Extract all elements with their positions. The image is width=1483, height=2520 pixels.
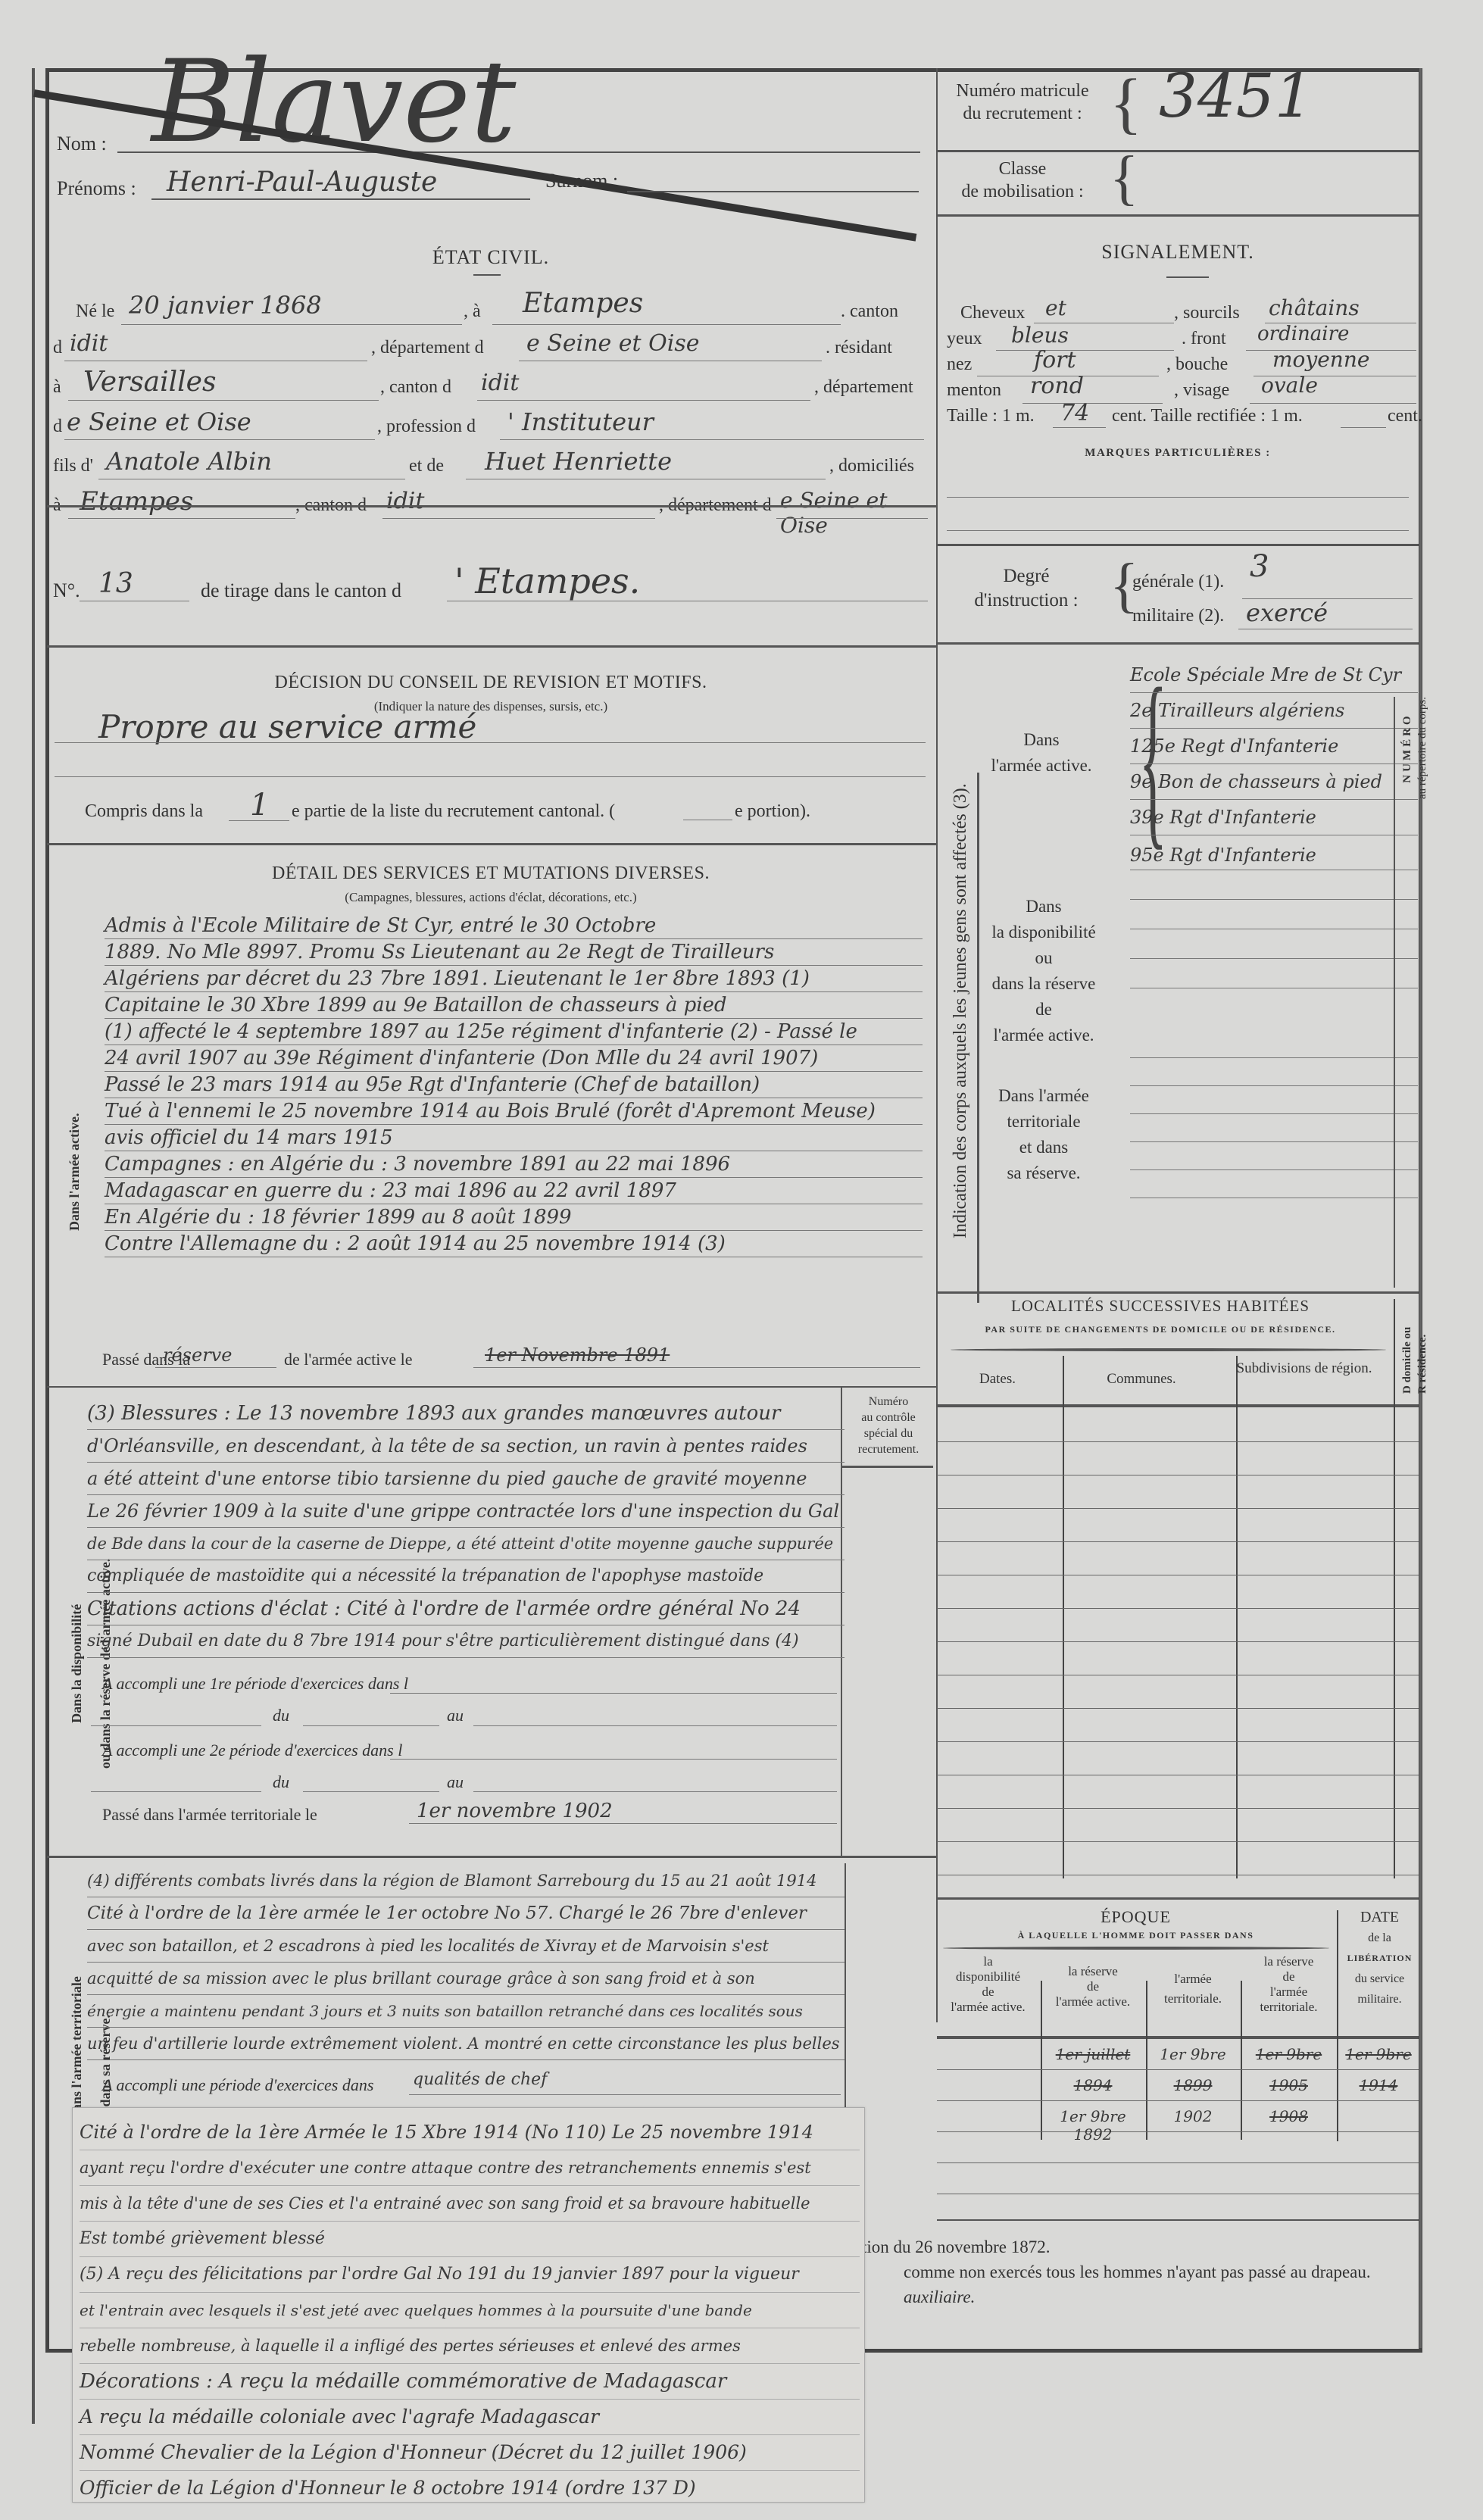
- visage-value: ovale: [1261, 373, 1318, 398]
- front-label: . front: [1182, 329, 1226, 349]
- surnom-underline: [627, 191, 919, 192]
- canton-underline: [64, 361, 367, 361]
- departement2-prefix: d: [53, 417, 62, 437]
- epoque-col1-line1: la: [937, 1954, 1039, 1969]
- note-line: Officier de la Légion d'Honneur le 8 oct…: [80, 2471, 860, 2506]
- corps-disponibilite-label: Dans la disponibilité ou dans la réserve…: [983, 894, 1104, 1048]
- epoque-cell: 1902: [1147, 2107, 1239, 2125]
- etat-civil-bottom-rule: [47, 505, 936, 507]
- canton-value: idit: [70, 330, 108, 357]
- departement-value: e Seine et Oise: [526, 330, 700, 357]
- etat-civil-rule: [473, 274, 501, 276]
- controle-label: Numéro au contrôle spécial du recrutemen…: [842, 1394, 935, 1457]
- controle-line4: recrutement.: [842, 1441, 935, 1457]
- prenoms-underline: [151, 198, 530, 200]
- corps-terr-value-2: [1130, 1058, 1418, 1086]
- departement2-label: , département: [814, 377, 913, 398]
- taille-underline: [1053, 427, 1106, 428]
- localites-row: [937, 1842, 1419, 1875]
- corps-dispo-line1: Dans: [983, 894, 1104, 920]
- classe-brace: {: [1110, 144, 1138, 213]
- et-de-label: et de: [409, 456, 444, 476]
- localites-side-label: D domicile ou R résidence.: [1400, 1327, 1430, 1394]
- epoque-row: 1er juillet 1er 9bre 1er 9bre 1er 9bre: [937, 2039, 1419, 2070]
- services-dispo-line: d'Orléansville, en descendant, à la tête…: [87, 1430, 845, 1463]
- corps-terr-value-4: [1130, 1114, 1418, 1142]
- services-active-line: Campagnes : en Algérie du : 3 novembre 1…: [105, 1151, 923, 1178]
- note-line: Nommé Chevalier de la Légion d'Honneur (…: [80, 2435, 860, 2471]
- compris-value: 1: [250, 788, 269, 823]
- instruction-label: Degré d'instruction :: [951, 564, 1102, 613]
- numero-label-line2: au répertoire du corps.: [1415, 697, 1430, 799]
- controle-line3: spécial du: [842, 1426, 935, 1441]
- epoque-title: ÉPOQUE: [937, 1907, 1335, 1927]
- liberation-line2: de la: [1341, 1928, 1419, 1948]
- classe-rule: [937, 214, 1419, 217]
- passe-reserve-value: réserve: [163, 1344, 232, 1366]
- periode2-du-underline: [303, 1791, 439, 1792]
- services-active-line: avis officiel du 14 mars 1915: [105, 1125, 923, 1151]
- footnote-line1: tion du 26 novembre 1872.: [862, 2234, 1415, 2259]
- localites-row: [937, 1409, 1419, 1442]
- marques-line-2: [947, 530, 1409, 531]
- matricule-brace: {: [1110, 64, 1142, 142]
- periode1-au-label: au: [447, 1706, 464, 1725]
- controle-line1: Numéro: [842, 1394, 935, 1410]
- menton-value: rond: [1030, 373, 1084, 399]
- residant-underline: [68, 400, 379, 401]
- decision-title: DÉCISION DU CONSEIL DE REVISION ET MOTIF…: [45, 673, 936, 693]
- passe-territoriale-value: 1er novembre 1902: [417, 1800, 613, 1822]
- nez-label: nez: [947, 354, 972, 375]
- epoque-col1-line3: de: [937, 1984, 1039, 2000]
- services-terr-line: un feu d'artillerie lourde extrêmement v…: [87, 2028, 845, 2060]
- bouche-label: , bouche: [1166, 354, 1228, 375]
- epoque-cell: 1894: [1041, 2076, 1144, 2094]
- periode-territoriale-underline: [409, 2094, 841, 2095]
- pere-underline: [98, 479, 405, 479]
- note-line: rebelle nombreuse, à laquelle il a infli…: [80, 2328, 860, 2364]
- localites-row: [937, 1475, 1419, 1509]
- note-line: Cité à l'ordre de la 1ère Armée le 15 Xb…: [80, 2115, 860, 2150]
- periode1-du-underline: [303, 1725, 439, 1726]
- periode1-label: A accompli une 1re période d'exercices d…: [102, 1674, 408, 1694]
- side-rule-1: [47, 1386, 936, 1388]
- classe-label: Classe de mobilisation :: [943, 158, 1102, 203]
- signalement-rows: Cheveux et , sourcils châtains yeux bleu…: [947, 295, 1416, 432]
- corps-terr-line3: et dans: [983, 1135, 1104, 1160]
- domicile-underline: [68, 518, 295, 519]
- cent-label: cent.: [1388, 406, 1422, 426]
- yeux-value: bleus: [1011, 323, 1069, 348]
- services-active-line: Capitaine le 30 Xbre 1899 au 9e Bataillo…: [105, 992, 923, 1019]
- domicile-value: Etampes: [80, 486, 193, 517]
- instruction-generale-value: 3: [1250, 549, 1269, 584]
- services-active-line: En Algérie du : 18 février 1899 au 8 aoû…: [105, 1204, 923, 1231]
- classe-label-line1: Classe: [943, 158, 1102, 180]
- epoque-cell: 1er juillet: [1041, 2045, 1144, 2063]
- domicilies-label: , domiciliés: [829, 456, 914, 476]
- services-terr-line: Cité à l'ordre de la 1ère armée le 1er o…: [87, 1897, 845, 1930]
- services-active-line: Tué à l'ennemi le 25 novembre 1914 au Bo…: [105, 1098, 923, 1125]
- corps-dispo-line3: ou: [983, 945, 1104, 971]
- corps-terr-line2: territoriale: [983, 1109, 1104, 1135]
- mere-underline: [466, 479, 826, 479]
- corps-terr-value-5: [1130, 1142, 1418, 1170]
- localites-header: Dates. Communes. Subdivisions de région.: [937, 1356, 1419, 1404]
- localites-col-communes: Communes.: [1062, 1371, 1221, 1388]
- tirage-text: de tirage dans le canton d: [201, 579, 401, 602]
- epoque-col-reserve-active: la réserve de l'armée active.: [1041, 1964, 1144, 2009]
- services-disponibilite-block: (3) Blessures : Le 13 novembre 1893 aux …: [87, 1397, 845, 1658]
- a-underline: [492, 324, 841, 325]
- epoque-col3-line1: l'armée: [1147, 1972, 1239, 1987]
- footnotes: tion du 26 novembre 1872. comme non exer…: [862, 2234, 1415, 2309]
- epoque-col4-line3: l'armée: [1241, 1984, 1336, 2000]
- instruction-label-line1: Degré: [951, 564, 1102, 589]
- numero-repertoire-label: NUMÉRO au répertoire du corps.: [1400, 697, 1430, 799]
- corps-territoriale-label: Dans l'armée territoriale et dans sa rés…: [983, 1083, 1104, 1186]
- epoque-row: [937, 2132, 1419, 2163]
- periode1-au-underline: [473, 1725, 837, 1726]
- periode2-label: A accompli une 2e période d'exercices da…: [102, 1741, 402, 1760]
- services-active-line: Algériens par décret du 23 7bre 1891. Li…: [105, 966, 923, 992]
- epoque-row: [937, 2163, 1419, 2194]
- front-value: ordinaire: [1257, 323, 1349, 345]
- matricule-rule: [937, 150, 1419, 152]
- corps-disponibilite-values: 95e Rgt d'Infanterie: [1130, 841, 1418, 988]
- localites-row: [937, 1709, 1419, 1742]
- services-active-line: 1889. No Mle 8997. Promu Ss Lieutenant a…: [105, 939, 923, 966]
- services-subtitle: (Campagnes, blessures, actions d'éclat, …: [45, 890, 936, 905]
- services-dispo-line: Citations actions d'éclat : Cité à l'ord…: [87, 1593, 845, 1625]
- mere-value: Huet Henriette: [485, 447, 672, 476]
- a-value: Etampes: [523, 288, 643, 319]
- localites-row: [937, 1609, 1419, 1642]
- epoque-col-territoriale: l'armée territoriale.: [1147, 1972, 1239, 2006]
- services-dispo-line: (3) Blessures : Le 13 novembre 1893 aux …: [87, 1397, 845, 1430]
- periode2-pre-underline: [91, 1791, 261, 1792]
- matricule-value: 3451: [1159, 61, 1313, 131]
- liberation-line3: LIBÉRATION: [1341, 1948, 1419, 1969]
- passe-reserve-underline: [155, 1367, 276, 1368]
- prenoms-value: Henri-Paul-Auguste: [167, 167, 437, 198]
- fils-label: fils d': [53, 456, 93, 476]
- prenoms-label: Prénoms :: [57, 177, 136, 200]
- side-label-active: Dans l'armée active.: [67, 1113, 83, 1231]
- numero-label-line1: NUMÉRO: [1400, 697, 1415, 799]
- periode2-underline: [390, 1759, 837, 1760]
- note-line: et l'entrain avec lesquels il s'est jeté…: [80, 2293, 860, 2328]
- a-label: , à: [464, 301, 481, 322]
- signalement-title: SIGNALEMENT.: [937, 241, 1419, 264]
- signalement-title-rule: [1166, 276, 1209, 278]
- profession-value: ' Instituteur: [507, 408, 654, 436]
- canton2-label: , canton d: [380, 377, 451, 398]
- menton-label: menton: [947, 380, 1001, 401]
- periode-territoriale-value: qualités de chef: [413, 2070, 547, 2089]
- matricule-label-line2: du recrutement :: [943, 102, 1102, 125]
- corps-dispo-line6: l'armée active.: [983, 1023, 1104, 1048]
- matricule-label: Numéro matricule du recrutement :: [943, 80, 1102, 125]
- yeux-label: yeux: [947, 329, 982, 349]
- numero-repertoire-rule: [1394, 697, 1395, 1288]
- corps-bottom-rule: [937, 1291, 1419, 1294]
- services-dispo-line: signé Dubail en date du 8 7bre 1914 pour…: [87, 1625, 845, 1658]
- epoque-cell: 1905: [1241, 2076, 1336, 2094]
- services-active-line: Madagascar en guerre du : 23 mai 1896 au…: [105, 1178, 923, 1204]
- ne-le-value: 20 janvier 1868: [129, 291, 322, 320]
- liberation-header: DATE de la LIBÉRATION du service militai…: [1341, 1907, 1419, 2009]
- localites-flourish: [951, 1348, 1386, 1351]
- periode2-du-label: du: [273, 1772, 289, 1792]
- passe-territoriale-label: Passé dans l'armée territoriale le: [102, 1805, 317, 1825]
- pasted-note-text: Cité à l'ordre de la 1ère Armée le 15 Xb…: [80, 2115, 860, 2506]
- instruction-label-line2: d'instruction :: [951, 589, 1102, 613]
- instruction-bottom-rule: [937, 642, 1419, 645]
- epoque-col-reserve-territoriale: la réserve de l'armée territoriale.: [1241, 1954, 1336, 2015]
- corps-active-values: Ecole Spéciale Mre de St Cyr 2e Tiraille…: [1130, 657, 1418, 835]
- localites-subtitle: PAR SUITE DE CHANGEMENTS DE DOMICILE OU …: [937, 1324, 1384, 1335]
- note-line: ayant reçu l'ordre d'exécuter une contre…: [80, 2150, 860, 2186]
- epoque-col2-line2: de: [1041, 1979, 1144, 1994]
- note-line: (5) A reçu des félicitations par l'ordre…: [80, 2257, 860, 2293]
- signalement-bottom-rule: [937, 544, 1419, 546]
- canton-value-prefix: d: [53, 338, 62, 358]
- cheveux-label: Cheveux: [960, 303, 1025, 323]
- ne-le-underline: [121, 324, 462, 325]
- corps-active-value-2: 2e Tirailleurs algériens: [1130, 693, 1418, 729]
- corps-dispo-line5: de: [983, 997, 1104, 1023]
- services-dispo-line: a été atteint d'une entorse tibio tarsie…: [87, 1463, 845, 1495]
- localites-side-line1: D domicile ou: [1400, 1327, 1415, 1394]
- tirage-no-underline: [80, 601, 189, 601]
- tirage-canton-value: ' Etampes.: [454, 561, 640, 601]
- residant-label: . résidant: [826, 338, 892, 358]
- compris-underline: [229, 820, 289, 821]
- note-line: Décorations : A reçu la médaille commémo…: [80, 2364, 860, 2400]
- portion-underline: [683, 820, 732, 820]
- decision-line-2: [55, 776, 926, 777]
- surnom-label: Surnom :: [545, 170, 618, 192]
- cheveux-value: et: [1045, 295, 1066, 320]
- taille-rectifiee-label: cent. Taille rectifiée : 1 m.: [1112, 406, 1303, 426]
- localites-bottom-rule: [937, 1897, 1419, 1900]
- epoque-row: 1894 1899 1905 1914: [937, 2070, 1419, 2101]
- decision-value: Propre au service armé: [98, 708, 476, 745]
- localites-row: [937, 1575, 1419, 1609]
- nom-label: Nom :: [57, 133, 107, 155]
- nom-underline: [117, 151, 920, 153]
- services-dispo-line: Le 26 février 1909 à la suite d'une grip…: [87, 1495, 845, 1528]
- passe-reserve-date-underline: [473, 1367, 920, 1368]
- canton3-value: idit: [386, 488, 424, 514]
- epoque-col1-line2: disponibilité: [937, 1969, 1039, 1984]
- canton-label: . canton: [841, 301, 898, 322]
- liberation-line4: du service: [1341, 1969, 1419, 1989]
- instruction-militaire-underline: [1238, 629, 1413, 629]
- compris-suffix: e partie de la liste du recrutement cant…: [292, 801, 615, 822]
- menton-underline: [1022, 403, 1163, 404]
- nez-value: fort: [1034, 347, 1076, 373]
- epoque-bottom-rule: [937, 2219, 1419, 2221]
- services-title: DÉTAIL DES SERVICES ET MUTATIONS DIVERSE…: [45, 863, 936, 884]
- corps-active-value-1: Ecole Spéciale Mre de St Cyr: [1130, 657, 1418, 693]
- services-dispo-line: compliquée de mastoïdite qui a nécessité…: [87, 1560, 845, 1593]
- passe-reserve-date: 1er Novembre 1891: [485, 1344, 670, 1366]
- pere-value: Anatole Albin: [106, 447, 272, 476]
- localites-row: [937, 1775, 1419, 1809]
- etat-civil-title: ÉTAT CIVIL.: [45, 246, 936, 269]
- localites-row: [937, 1742, 1419, 1775]
- corps-dispo-value-5: [1130, 959, 1418, 988]
- tirage-bottom-rule: [47, 645, 936, 648]
- etat-civil-body: Né le 20 janvier 1868 , à Etampes . cant…: [53, 288, 932, 524]
- note-line: Est tombé grièvement blessé: [80, 2222, 860, 2257]
- epoque-flourish: [943, 1947, 1329, 1950]
- tirage-no-label: N°.: [53, 579, 80, 602]
- compris-label: Compris dans la: [85, 801, 203, 822]
- profession-label: , profession d: [377, 417, 476, 437]
- footnote-line3: auxiliaire.: [862, 2284, 1415, 2309]
- corps-terr-value-6: [1130, 1170, 1418, 1198]
- localites-rows: [937, 1409, 1419, 1875]
- instruction-generale-label: générale (1).: [1132, 572, 1224, 592]
- sourcils-label: , sourcils: [1174, 303, 1240, 323]
- corps-dispo-value-4: [1130, 929, 1418, 959]
- periode1-du-label: du: [273, 1706, 289, 1725]
- visage-label: , visage: [1174, 380, 1229, 401]
- taille-value: 74: [1060, 400, 1089, 426]
- corps-dispo-value-2: [1130, 870, 1418, 900]
- liberation-line5: militaire.: [1341, 1989, 1419, 2009]
- classe-label-line2: de mobilisation :: [943, 180, 1102, 203]
- tirage-canton-underline: [447, 601, 928, 601]
- departement2-value: e Seine et Oise: [67, 408, 251, 436]
- localites-head-rule: [937, 1404, 1419, 1407]
- localites-title: LOCALITÉS SUCCESSIVES HABITÉES: [937, 1297, 1384, 1316]
- periode2-au-underline: [473, 1791, 837, 1792]
- note-line: A reçu la médaille coloniale avec l'agra…: [80, 2400, 860, 2435]
- periode1-underline: [390, 1693, 837, 1694]
- services-active-line: (1) affecté le 4 septembre 1897 au 125e …: [105, 1019, 923, 1045]
- epoque-cell: 1er 9bre: [1241, 2045, 1336, 2063]
- services-active-line: Passé le 23 mars 1914 au 95e Rgt d'Infan…: [105, 1072, 923, 1098]
- corps-dispo-line2: la disponibilité: [983, 920, 1104, 945]
- departement3-underline: [776, 518, 928, 519]
- departement2-underline: [64, 439, 375, 440]
- corps-active-label-line1: Dans: [985, 727, 1098, 753]
- epoque-rows: 1er juillet 1er 9bre 1er 9bre 1er 9bre 1…: [937, 2039, 1419, 2194]
- marques-label: MARQUES PARTICULIÈRES :: [937, 447, 1419, 460]
- ne-le-label: Né le: [76, 301, 114, 322]
- epoque-col1-line4: l'armée active.: [937, 2000, 1039, 2015]
- services-active-line: 24 avril 1907 au 39e Régiment d'infanter…: [105, 1045, 923, 1072]
- services-dispo-line: de Bde dans la cour de la caserne de Die…: [87, 1528, 845, 1560]
- epoque-col2-line3: l'armée active.: [1041, 1994, 1144, 2009]
- portion-suffix: e portion).: [735, 801, 810, 822]
- corps-terr-value-1: [1130, 1030, 1418, 1058]
- services-terr-line: énergie a maintenu pendant 3 jours et 3 …: [87, 1995, 845, 2028]
- canton3-underline: [382, 518, 655, 519]
- corps-dispo-value-1: 95e Rgt d'Infanterie: [1130, 841, 1418, 870]
- canton2-value: idit: [481, 370, 519, 396]
- localites-row: [937, 1642, 1419, 1675]
- epoque-cell: 1914: [1338, 2076, 1419, 2094]
- corps-active-value-4: 9e Bon de chasseurs à pied: [1130, 764, 1418, 800]
- corps-terr-line1: Dans l'armée: [983, 1083, 1104, 1109]
- matricule-label-line1: Numéro matricule: [943, 80, 1102, 102]
- passe-reserve-suffix: de l'armée active le: [284, 1350, 412, 1369]
- epoque-col-disponibilite: la disponibilité de l'armée active.: [937, 1954, 1039, 2015]
- left-inner-rule: [32, 68, 35, 2424]
- taille-rectifiee-underline: [1341, 427, 1386, 428]
- liberation-line1: DATE: [1341, 1907, 1419, 1928]
- departement3-value: e Seine et Oise: [780, 488, 932, 538]
- bouche-value: moyenne: [1272, 347, 1369, 372]
- localites-row: [937, 1809, 1419, 1842]
- instruction-militaire-label: militaire (2).: [1132, 606, 1224, 626]
- localites-col-dates: Dates.: [937, 1371, 1058, 1388]
- epoque-row: 1er 9bre 1892 1902 1908: [937, 2101, 1419, 2132]
- services-active-block: Admis à l'Ecole Militaire de St Cyr, ent…: [105, 913, 923, 1257]
- taille-label: Taille : 1 m.: [947, 406, 1035, 426]
- epoque-col4-line2: de: [1241, 1969, 1336, 1984]
- epoque-cell: 1899: [1147, 2076, 1239, 2094]
- localites-row: [937, 1542, 1419, 1575]
- epoque-cell: 1908: [1241, 2107, 1336, 2125]
- footnote-line2: comme non exercés tous les hommes n'ayan…: [862, 2259, 1415, 2284]
- profession-underline: [500, 439, 924, 440]
- periode2-au-label: au: [447, 1772, 464, 1792]
- epoque-col4-line4: territoriale.: [1241, 2000, 1336, 2015]
- corps-vertical-label: Indication des corps auxquels les jeunes…: [951, 783, 971, 1238]
- corps-active-value-3: 125e Regt d'Infanterie: [1130, 729, 1418, 764]
- marques-line-1: [947, 497, 1409, 498]
- canton2-underline: [477, 400, 810, 401]
- corps-dispo-value-3: [1130, 900, 1418, 929]
- localites-side-line2: R résidence.: [1415, 1327, 1430, 1394]
- services-active-line: Contre l'Allemagne du : 2 août 1914 au 2…: [105, 1231, 923, 1257]
- controle-rule: [842, 1466, 933, 1468]
- side-rule-2: [47, 1856, 936, 1858]
- localites-row: [937, 1442, 1419, 1475]
- services-terr-line: acquitté de sa mission avec le plus bril…: [87, 1963, 845, 1995]
- controle-line2: au contrôle: [842, 1410, 935, 1426]
- decision-line-1: [55, 742, 926, 743]
- epoque-cell: 1er 9bre: [1147, 2045, 1239, 2063]
- localites-col-subdivisions: Subdivisions de région.: [1229, 1360, 1380, 1378]
- epoque-cell: 1er 9bre: [1338, 2045, 1419, 2063]
- corps-active-label-line2: l'armée active.: [985, 753, 1098, 779]
- corps-terr-line4: sa réserve.: [983, 1160, 1104, 1186]
- services-terr-line: (4) différents combats livrés dans la ré…: [87, 1865, 845, 1897]
- corps-vertical-rule: [977, 773, 979, 1303]
- services-terr-line: avec son bataillon, et 2 escadrons à pie…: [87, 1930, 845, 1963]
- passe-territoriale-underline: [409, 1823, 837, 1824]
- corps-active-value-5: 39e Rgt d'Infanterie: [1130, 800, 1418, 835]
- epoque-subtitle: À LAQUELLE L'HOMME DOIT PASSER DANS: [937, 1930, 1335, 1941]
- periode-territoriale-label: A accompli une période d'exercices dans: [102, 2075, 373, 2095]
- corps-dispo-line4: dans la réserve: [983, 971, 1104, 997]
- epoque-col3-line2: territoriale.: [1147, 1991, 1239, 2006]
- corps-territoriale-values: [1130, 1030, 1418, 1198]
- localites-row: [937, 1675, 1419, 1709]
- instruction-militaire-value: exercé: [1246, 598, 1328, 627]
- note-line: mis à la tête d'une de ses Cies et l'a e…: [80, 2186, 860, 2222]
- tirage-no-value: 13: [98, 568, 133, 599]
- departement-label: , département d: [371, 338, 484, 358]
